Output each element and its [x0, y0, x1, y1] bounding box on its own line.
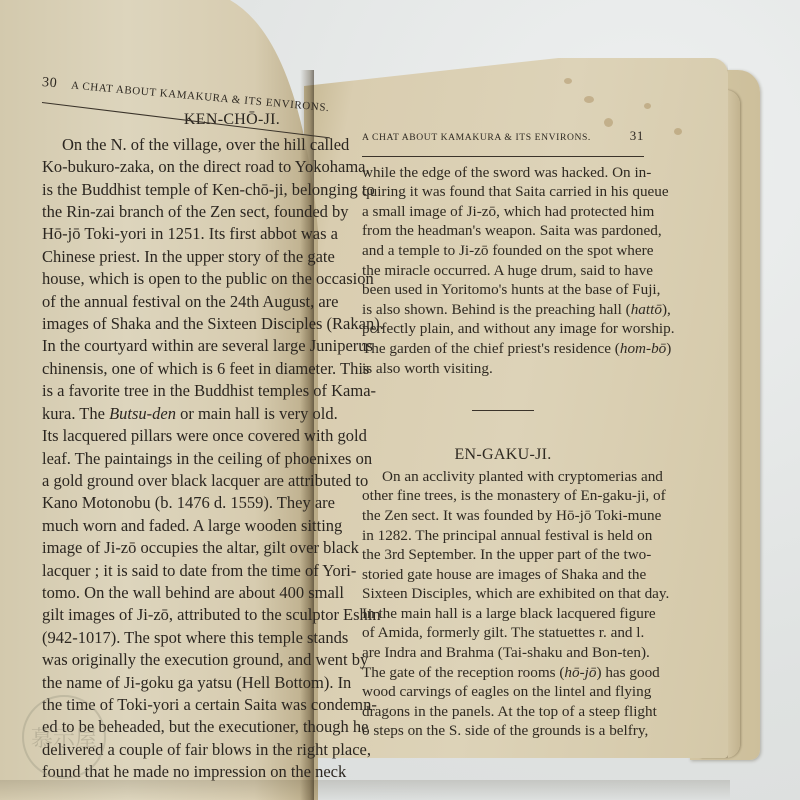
text-line: other fine trees, is the monastery of En… [362, 486, 644, 506]
paragraph: On the N. of the village, over the hill … [42, 134, 332, 784]
text-line: Sixteen Disciples, which are exhibited o… [362, 584, 644, 604]
text-line: wood carvings of eagles on the lintel an… [362, 682, 644, 702]
section-title: EN-GAKU-JI. [362, 445, 644, 465]
italic-term: hattō [631, 301, 662, 318]
text-line: Its lacquered pillars were once covered … [42, 425, 332, 447]
paragraph: while the edge of the sword was hacked. … [362, 163, 644, 379]
italic-term: hom-bō [620, 340, 666, 357]
text-line: is also worth visiting. [362, 359, 644, 379]
text-line: images of Shaka and the Sixteen Disciple… [42, 313, 332, 335]
text-line: much worn and faded. A large wooden sitt… [42, 515, 332, 537]
foxing-spot [644, 103, 651, 109]
text-line: from the headman's weapon. Saita was par… [362, 221, 644, 241]
text-line: The gate of the reception rooms (hō-jō) … [362, 663, 644, 683]
page-number: 30 [41, 72, 58, 96]
text-line: the 3rd September. In the upper part of … [362, 545, 644, 565]
header-rule [362, 156, 644, 157]
text-line: the Zen sect. It was founded by Hō-jō To… [362, 506, 644, 526]
text-line: is the Buddhist temple of Ken-chō-ji, be… [42, 179, 332, 201]
italic-term: Butsu-den [109, 404, 176, 423]
text-line: and a temple to Ji-zō founded on the spo… [362, 241, 644, 261]
text-line: image of Ji-zō occupies the altar, gilt … [42, 537, 332, 559]
text-line: is a favorite tree in the Buddhist templ… [42, 380, 332, 402]
book-shadow [0, 780, 730, 800]
text-line: perfectly plain, and without any image f… [362, 319, 644, 339]
text-line: was originally the execution ground, and… [42, 649, 332, 671]
text-line: of Amida, formerly gilt. The statuettes … [362, 623, 644, 643]
text-line: (942-1017). The spot where this temple s… [42, 627, 332, 649]
text-line: o steps on the S. side of the grounds is… [362, 721, 644, 741]
text-line: are Indra and Brahma (Tai-shaku and Bon-… [362, 643, 644, 663]
foxing-spot [564, 78, 572, 84]
left-page-text: 30 A CHAT ABOUT KAMAKURA & ITS ENVIRONS.… [42, 96, 332, 784]
text-line: On an acclivity planted with cryptomeria… [362, 467, 644, 487]
text-line: house, which is open to the public on th… [42, 268, 332, 290]
text-line: Ko-bukuro-zaka, on the direct road to Yo… [42, 156, 332, 178]
text-line: leaf. The paintaings in the ceiling of p… [42, 448, 332, 470]
text-line: lacquer ; it is said to date from the ti… [42, 560, 332, 582]
right-page-text: A CHAT ABOUT KAMAKURA & ITS ENVIRONS. 31… [362, 126, 644, 741]
text-line: chinensis, one of which is 6 feet in dia… [42, 358, 332, 380]
text-line: a gold ground over black lacquer are att… [42, 470, 332, 492]
text-line: the name of Ji-goku ga yatsu (Hell Botto… [42, 672, 332, 694]
text-line: Chinese priest. In the upper story of th… [42, 246, 332, 268]
watermark-text: 慕示屋 [31, 722, 97, 753]
right-running-head: A CHAT ABOUT KAMAKURA & ITS ENVIRONS. 31 [362, 126, 644, 148]
text-line: been used in Yoritomo's hunts at the bas… [362, 280, 644, 300]
foxing-spot [584, 96, 594, 103]
italic-term: hō-jō [564, 664, 596, 681]
section-divider [472, 410, 534, 411]
text-line: the Rin-zai branch of the Zen sect, foun… [42, 201, 332, 223]
text-line: dragons in the panels. At the top of a s… [362, 702, 644, 722]
watermark-seal: 慕示屋 [22, 695, 106, 779]
text-line: while the edge of the sword was hacked. … [362, 163, 644, 183]
text-line: gilt images of Ji-zō, attributed to the … [42, 604, 332, 626]
text-line: Hō-jō Toki-yori in 1251. Its first abbot… [42, 223, 332, 245]
text-line: the miracle occurred. A huge drum, said … [362, 261, 644, 281]
foxing-spot [674, 128, 682, 135]
text-line: a small image of Ji-zō, which had protec… [362, 202, 644, 222]
text-line: kura. The Butsu-den or main hall is very… [42, 403, 332, 425]
text-line: Kano Motonobu (b. 1476 d. 1559). They ar… [42, 492, 332, 514]
text-line: quiring it was found that Saita carried … [362, 182, 644, 202]
text-line: storied gate house are images of Shaka a… [362, 565, 644, 585]
page-number: 31 [630, 126, 644, 146]
text-line: tomo. On the wall behind are about 400 s… [42, 582, 332, 604]
text-line: is also shown. Behind is the preaching h… [362, 300, 644, 320]
running-title: A CHAT ABOUT KAMAKURA & ITS ENVIRONS. [362, 128, 591, 148]
text-line: in 1282. The principal annual festival i… [362, 526, 644, 546]
text-line: In the courtyard within are several larg… [42, 335, 332, 357]
paragraph: On an acclivity planted with cryptomeria… [362, 467, 644, 741]
text-line: On the N. of the village, over the hill … [42, 134, 332, 156]
text-line: of the annual festival on the 24th Augus… [42, 291, 332, 313]
text-line: The garden of the chief priest's residen… [362, 339, 644, 359]
text-line: In the main hall is a large black lacque… [362, 604, 644, 624]
